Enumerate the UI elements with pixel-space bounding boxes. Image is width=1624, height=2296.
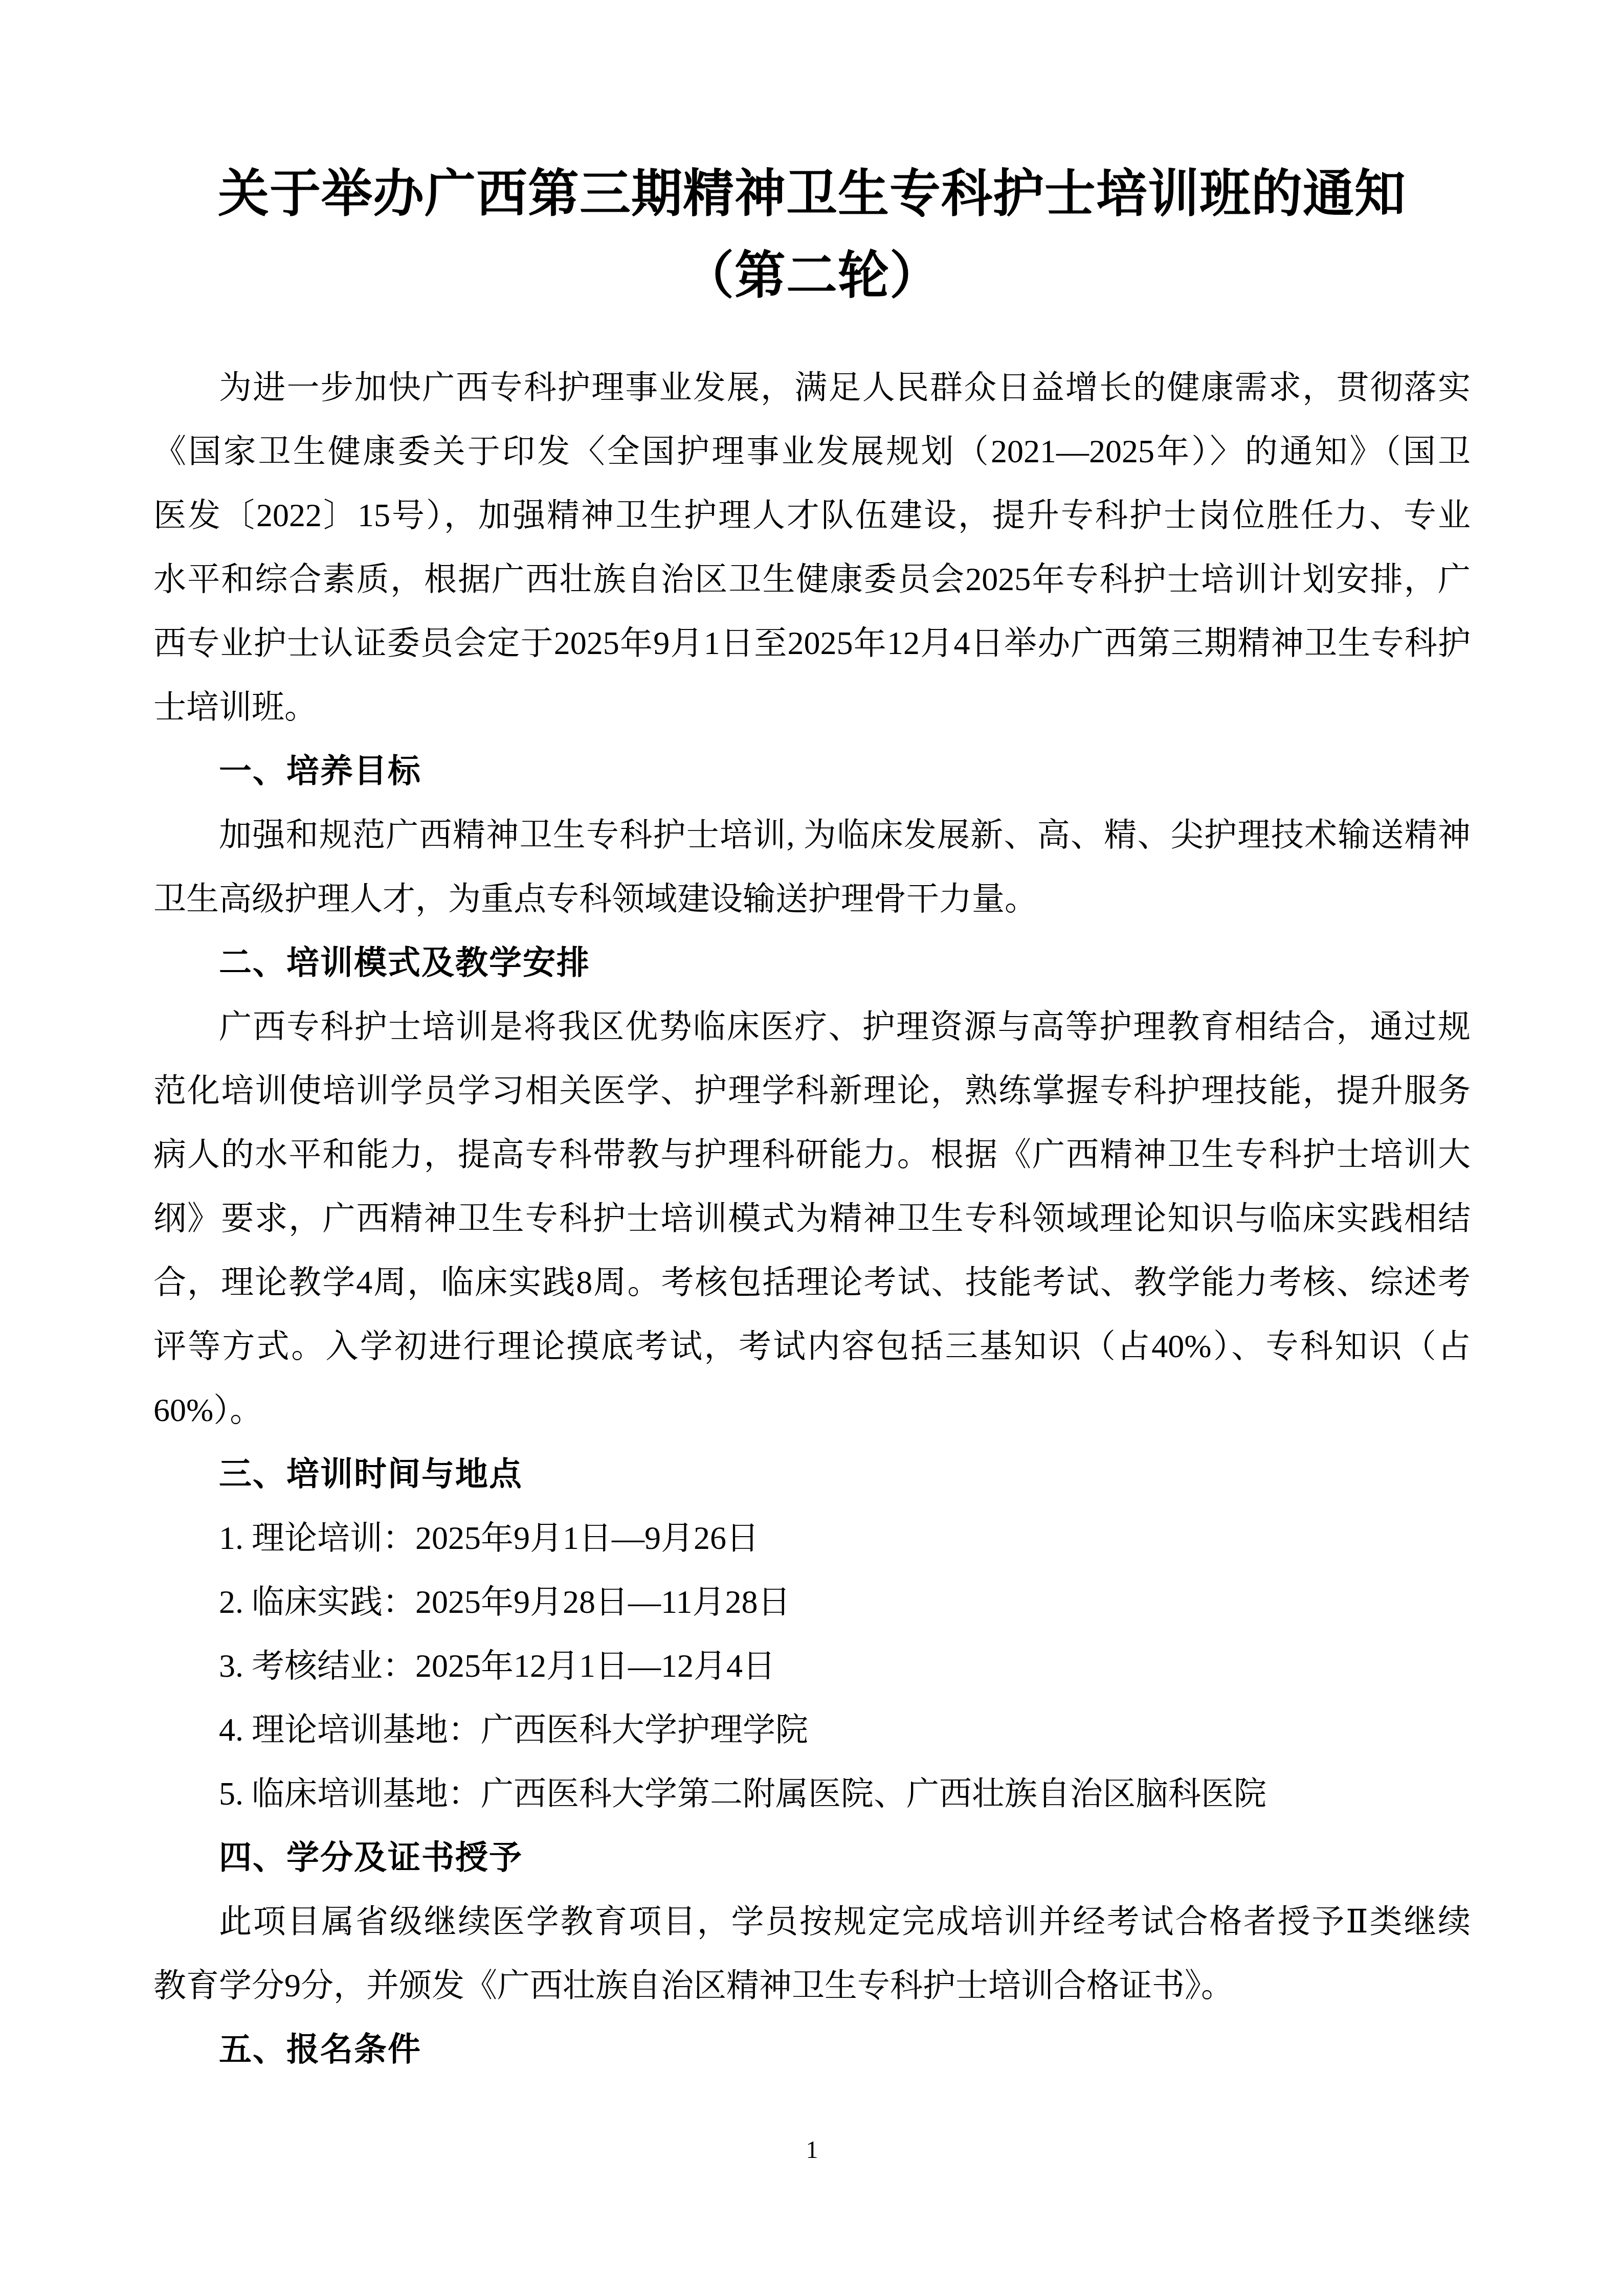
- section-heading: 四、学分及证书授予: [153, 1826, 1471, 1889]
- document-page: 关于举办广西第三期精神卫生专科护士培训班的通知 （第二轮） 为进一步加快广西专科…: [0, 0, 1624, 2296]
- paragraph-line: 士培训班。: [153, 675, 1471, 739]
- list-item: 4. 理论培训基地：广西医科大学护理学院: [153, 1698, 1471, 1762]
- paragraph-line: 纲》要求，广西精神卫生专科护士培训模式为精神卫生专科领域理论知识与临床实践相结: [153, 1186, 1471, 1250]
- paragraph-line: 水平和综合素质，根据广西壮族自治区卫生健康委员会2025年专科护士培训计划安排，…: [153, 547, 1471, 611]
- list-item: 2. 临床实践：2025年9月28日—11月28日: [153, 1570, 1471, 1634]
- paragraph-line: 病人的水平和能力，提高专科带教与护理科研能力。根据《广西精神卫生专科护士培训大: [153, 1122, 1471, 1186]
- document-title-block: 关于举办广西第三期精神卫生专科护士培训班的通知 （第二轮）: [153, 153, 1471, 317]
- paragraph-line: 合，理论教学4周，临床实践8周。考核包括理论考试、技能考试、教学能力考核、综述考: [153, 1250, 1471, 1314]
- section-heading: 五、报名条件: [153, 2017, 1471, 2081]
- paragraph-line: 范化培训使培训学员学习相关医学、护理学科新理论，熟练掌握专科护理技能，提升服务: [153, 1059, 1471, 1122]
- paragraph-line: 60%）。: [153, 1378, 1471, 1442]
- document-title: 关于举办广西第三期精神卫生专科护士培训班的通知: [153, 153, 1471, 235]
- section-heading: 二、培训模式及教学安排: [153, 931, 1471, 995]
- paragraph-line: 教育学分9分，并颁发《广西壮族自治区精神卫生专科护士培训合格证书》。: [153, 1953, 1471, 2017]
- paragraph-line: 为进一步加快广西专科护理事业发展，满足人民群众日益增长的健康需求，贯彻落实: [153, 355, 1471, 419]
- paragraph-line: 此项目属省级继续医学教育项目，学员按规定完成培训并经考试合格者授予Ⅱ类继续: [153, 1889, 1471, 1953]
- paragraph-line: 医发〔2022〕15号），加强精神卫生护理人才队伍建设，提升专科护士岗位胜任力、…: [153, 483, 1471, 547]
- list-item: 5. 临床培训基地：广西医科大学第二附属医院、广西壮族自治区脑科医院: [153, 1762, 1471, 1826]
- paragraph-line: 加强和规范广西精神卫生专科护士培训, 为临床发展新、高、精、尖护理技术输送精神: [153, 803, 1471, 867]
- document-body: 为进一步加快广西专科护理事业发展，满足人民群众日益增长的健康需求，贯彻落实《国家…: [153, 355, 1471, 2081]
- paragraph-line: 《国家卫生健康委关于印发〈全国护理事业发展规划（2021—2025年）〉的通知》…: [153, 419, 1471, 483]
- section-heading: 三、培训时间与地点: [153, 1442, 1471, 1506]
- paragraph-line: 广西专科护士培训是将我区优势临床医疗、护理资源与高等护理教育相结合，通过规: [153, 995, 1471, 1059]
- paragraph-line: 评等方式。入学初进行理论摸底考试，考试内容包括三基知识（占40%）、专科知识（占: [153, 1314, 1471, 1378]
- list-item: 3. 考核结业：2025年12月1日—12月4日: [153, 1634, 1471, 1698]
- section-heading: 一、培养目标: [153, 739, 1471, 803]
- page-number: 1: [806, 2136, 818, 2164]
- document-subtitle: （第二轮）: [153, 235, 1471, 317]
- paragraph-line: 西专业护士认证委员会定于2025年9月1日至2025年12月4日举办广西第三期精…: [153, 611, 1471, 675]
- paragraph-line: 卫生高级护理人才，为重点专科领域建设输送护理骨干力量。: [153, 867, 1471, 931]
- page-footer: 1: [153, 2135, 1471, 2166]
- list-item: 1. 理论培训：2025年9月1日—9月26日: [153, 1506, 1471, 1570]
